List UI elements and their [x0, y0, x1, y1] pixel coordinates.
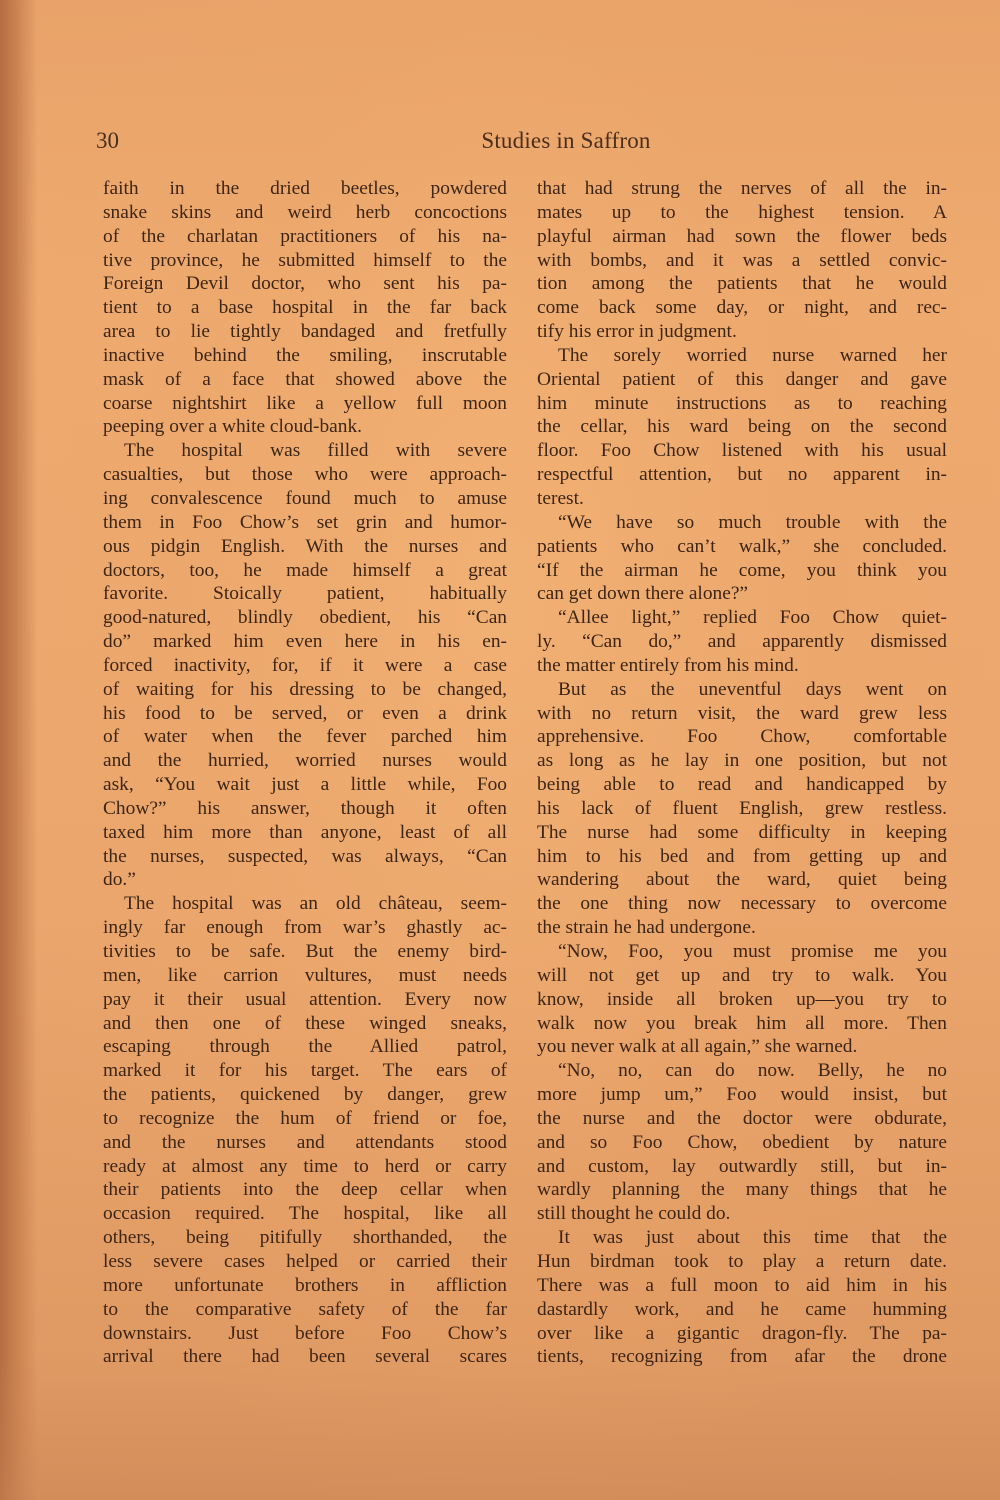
text-line: pay it their usual attention. Every now — [103, 988, 507, 1012]
text-line: arrival there had been several scares — [103, 1345, 507, 1369]
text-line: tify his error in judgment. — [537, 320, 947, 344]
text-line: peeping over a white cloud-bank. — [103, 415, 507, 439]
text-line: the strain he had undergone. — [537, 916, 947, 940]
paragraph: “No, no, can do now. Belly, he nomore ju… — [537, 1059, 947, 1226]
text-line: tivities to be safe. But the enemy bird- — [103, 940, 507, 964]
text-line: terest. — [537, 487, 947, 511]
text-line: occasion required. The hospital, like al… — [103, 1202, 507, 1226]
text-line: his food to be served, or even a drink — [103, 702, 507, 726]
paragraph: The hospital was filled with severecasua… — [103, 439, 507, 892]
running-title: Studies in Saffron — [96, 128, 956, 154]
text-line: know, inside all broken up—you try to — [537, 988, 947, 1012]
text-line: them in Foo Chow’s set grin and humor- — [103, 511, 507, 535]
text-line: still thought he could do. — [537, 1202, 947, 1226]
text-line: of water when the fever parched him — [103, 725, 507, 749]
text-line: their patients into the deep cellar when — [103, 1178, 507, 1202]
text-line: the nurse and the doctor were obdurate, — [537, 1107, 947, 1131]
text-line: the one thing now necessary to overcome — [537, 892, 947, 916]
text-line: to the comparative safety of the far — [103, 1298, 507, 1322]
text-line: of waiting for his dressing to be change… — [103, 678, 507, 702]
text-line: to recognize the hum of friend or foe, — [103, 1107, 507, 1131]
paragraph: faith in the dried beetles, powderedsnak… — [103, 177, 507, 439]
text-line: escaping through the Allied patrol, — [103, 1035, 507, 1059]
text-line: the nurses, suspected, was always, “Can — [103, 845, 507, 869]
text-line: wandering about the ward, quiet being — [537, 868, 947, 892]
text-line: area to lie tightly bandaged and fretful… — [103, 320, 507, 344]
text-line: and then one of these winged sneaks, — [103, 1012, 507, 1036]
text-line: Chow?” his answer, though it often — [103, 797, 507, 821]
text-line: the matter entirely from his mind. — [537, 654, 947, 678]
text-line: There was a full moon to aid him in his — [537, 1274, 947, 1298]
text-line: more unfortunate brothers in affliction — [103, 1274, 507, 1298]
running-head: 30 Studies in Saffron — [96, 128, 956, 158]
text-line: “No, no, can do now. Belly, he no — [537, 1059, 947, 1083]
text-line: as long as he lay in one position, but n… — [537, 749, 947, 773]
text-line: him to his bed and from getting up and — [537, 845, 947, 869]
text-line: favorite. Stoically patient, habitually — [103, 582, 507, 606]
text-line: men, like carrion vultures, must needs — [103, 964, 507, 988]
text-line: “Allee light,” replied Foo Chow quiet- — [537, 606, 947, 630]
text-line: floor. Foo Chow listened with his usual — [537, 439, 947, 463]
text-line: marked it for his target. The ears of — [103, 1059, 507, 1083]
text-line: being able to read and handicapped by — [537, 773, 947, 797]
text-line: The hospital was filled with severe — [103, 439, 507, 463]
text-line: snake skins and weird herb concoctions — [103, 201, 507, 225]
text-line: “Now, Foo, you must promise me you — [537, 940, 947, 964]
text-line: ly. “Can do,” and apparently dismissed — [537, 630, 947, 654]
paragraph: But as the uneventful days went onwith n… — [537, 678, 947, 940]
text-line: you never walk at all again,” she warned… — [537, 1035, 947, 1059]
text-line: The sorely worried nurse warned her — [537, 344, 947, 368]
text-line: coarse nightshirt like a yellow full moo… — [103, 392, 507, 416]
text-line: more jump um,” Foo would insist, but — [537, 1083, 947, 1107]
text-line: and the hurried, worried nurses would — [103, 749, 507, 773]
text-line: “If the airman he come, you think you — [537, 559, 947, 583]
text-line: others, being pitifully shorthanded, the — [103, 1226, 507, 1250]
text-line: with bombs, and it was a settled convic- — [537, 249, 947, 273]
text-line: ready at almost any time to herd or carr… — [103, 1155, 507, 1179]
text-line: the patients, quickened by danger, grew — [103, 1083, 507, 1107]
book-page: 30 Studies in Saffron faith in the dried… — [0, 0, 1000, 1500]
paragraph: “Now, Foo, you must promise me youwill n… — [537, 940, 947, 1059]
paragraph: “Allee light,” replied Foo Chow quiet-ly… — [537, 606, 947, 678]
text-line: apprehensive. Foo Chow, comfortable — [537, 725, 947, 749]
text-line: inactive behind the smiling, inscrutable — [103, 344, 507, 368]
text-line: ingly far enough from war’s ghastly ac- — [103, 916, 507, 940]
text-line: and custom, lay outwardly still, but in- — [537, 1155, 947, 1179]
text-line: patients who can’t walk,” she concluded. — [537, 535, 947, 559]
text-line: Foreign Devil doctor, who sent his pa- — [103, 272, 507, 296]
paragraph: It was just about this time that theHun … — [537, 1226, 947, 1369]
text-line: tients, recognizing from afar the drone — [537, 1345, 947, 1369]
text-line: less severe cases helped or carried thei… — [103, 1250, 507, 1274]
text-line: the cellar, his ward being on the second — [537, 415, 947, 439]
text-line: mask of a face that showed above the — [103, 368, 507, 392]
text-line: taxed him more than anyone, least of all — [103, 821, 507, 845]
text-line: It was just about this time that the — [537, 1226, 947, 1250]
text-line: But as the uneventful days went on — [537, 678, 947, 702]
text-line: downstairs. Just before Foo Chow’s — [103, 1322, 507, 1346]
text-line: Oriental patient of this danger and gave — [537, 368, 947, 392]
text-line: and so Foo Chow, obedient by nature — [537, 1131, 947, 1155]
text-line: “We have so much trouble with the — [537, 511, 947, 535]
text-line: his lack of fluent English, grew restles… — [537, 797, 947, 821]
left-column: faith in the dried beetles, powderedsnak… — [103, 177, 507, 1369]
text-line: with no return visit, the ward grew less — [537, 702, 947, 726]
text-line: ask, “You wait just a little while, Foo — [103, 773, 507, 797]
text-line: over like a gigantic dragon-fly. The pa- — [537, 1322, 947, 1346]
text-line: doctors, too, he made himself a great — [103, 559, 507, 583]
text-line: tion among the patients that he would — [537, 272, 947, 296]
paragraph: “We have so much trouble with thepatient… — [537, 511, 947, 606]
text-line: will not get up and try to walk. You — [537, 964, 947, 988]
text-line: faith in the dried beetles, powdered — [103, 177, 507, 201]
paragraph: The sorely worried nurse warned herOrien… — [537, 344, 947, 511]
right-column: that had strung the nerves of all the in… — [537, 177, 947, 1369]
text-line: that had strung the nerves of all the in… — [537, 177, 947, 201]
text-line: Hun birdman took to play a return date. — [537, 1250, 947, 1274]
text-line: good-natured, blindly obedient, his “Can — [103, 606, 507, 630]
text-line: tient to a base hospital in the far back — [103, 296, 507, 320]
text-line: of the charlatan practitioners of his na… — [103, 225, 507, 249]
text-line: and the nurses and attendants stood — [103, 1131, 507, 1155]
text-line: playful airman had sown the flower beds — [537, 225, 947, 249]
text-line: mates up to the highest tension. A — [537, 201, 947, 225]
text-line: ing convalescence found much to amuse — [103, 487, 507, 511]
text-line: him minute instructions as to reaching — [537, 392, 947, 416]
paragraph: that had strung the nerves of all the in… — [537, 177, 947, 344]
text-line: walk now you break him all more. Then — [537, 1012, 947, 1036]
text-line: tive province, he submitted himself to t… — [103, 249, 507, 273]
text-line: ous pidgin English. With the nurses and — [103, 535, 507, 559]
paragraph: The hospital was an old château, seem-in… — [103, 892, 507, 1369]
text-line: forced inactivity, for, if it were a cas… — [103, 654, 507, 678]
text-line: The nurse had some difficulty in keeping — [537, 821, 947, 845]
text-line: respectful attention, but no apparent in… — [537, 463, 947, 487]
text-line: come back some day, or night, and rec- — [537, 296, 947, 320]
text-line: do” marked him even here in his en- — [103, 630, 507, 654]
text-line: casualties, but those who were approach- — [103, 463, 507, 487]
text-line: The hospital was an old château, seem- — [103, 892, 507, 916]
text-line: wardly planning the many things that he — [537, 1178, 947, 1202]
text-line: dastardly work, and he came humming — [537, 1298, 947, 1322]
text-line: can get down there alone?” — [537, 582, 947, 606]
text-line: do.” — [103, 868, 507, 892]
